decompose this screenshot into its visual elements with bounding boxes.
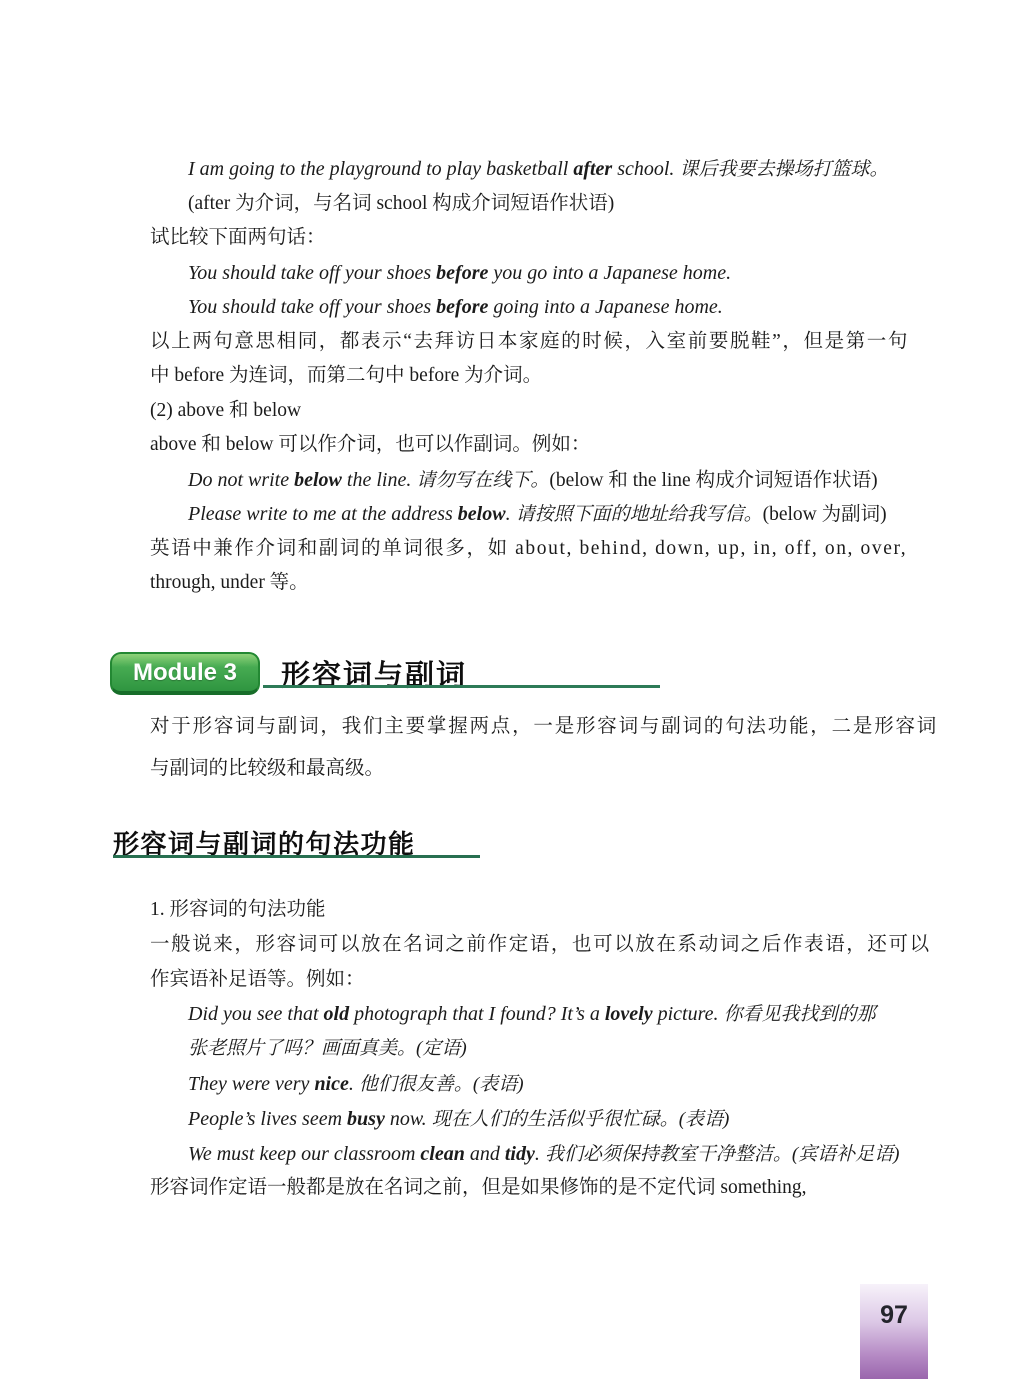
text-line: through, under 等。 (150, 566, 960, 601)
textbook-page: I am going to the playground to play bas… (0, 0, 1024, 1400)
english-example-text: People’s lives seem (188, 1108, 347, 1130)
english-example-text: . (535, 1143, 545, 1165)
english-example-text: below (458, 503, 506, 525)
english-example-text: before (436, 296, 488, 318)
intro-line: 对于形容词与副词，我们主要掌握两点，一是形容词与副词的句法功能，二是形容词 (150, 706, 950, 748)
text-line: Please write to me at the address below.… (150, 497, 960, 532)
text-line: 1. 形容词的句法功能 (150, 893, 970, 928)
text-line: We must keep our classroom clean and tid… (150, 1137, 970, 1172)
chinese-text: 中 before 为连词，而第二句中 before 为介词。 (150, 365, 542, 386)
text-line: You should take off your shoes before yo… (150, 256, 960, 291)
chinese-text: 请勿写在线下。 (416, 470, 549, 491)
english-example-text: photograph that I found? It’s a (349, 1003, 605, 1025)
text-line: (after 为介词，与名词 school 构成介词短语作状语) (150, 187, 960, 222)
english-example-text: the line. (342, 469, 416, 491)
text-line: 中 before 为连词，而第二句中 before 为介词。 (150, 359, 960, 394)
english-example-text: going into a Japanese home. (488, 296, 722, 318)
english-example-text: Do not write (188, 469, 294, 491)
text-line: 作宾语补足语等。例如： (150, 963, 970, 998)
text-line: 张老照片了吗？画面真美。(定语) (150, 1032, 970, 1067)
english-example-text: They were very (188, 1073, 314, 1095)
english-example-text: below (294, 469, 342, 491)
chinese-text: 请按照下面的地址给我写信。 (516, 504, 763, 525)
chinese-text: 他们很友善。(表语) (359, 1074, 524, 1095)
text-line: They were very nice. 他们很友善。(表语) (150, 1067, 970, 1102)
english-example-text: You should take off your shoes (188, 262, 436, 284)
english-example-text: lovely (605, 1003, 653, 1025)
chinese-text: above 和 below 可以作介词，也可以作副词。例如： (150, 434, 590, 455)
page-number-box: 97 (860, 1284, 928, 1379)
chinese-text: 你看见我找到的那 (724, 1004, 876, 1025)
english-example-text: Did you see that (188, 1003, 324, 1025)
text-line: 试比较下面两句话： (150, 221, 960, 256)
text-line: 以上两句意思相同，都表示“去拜访日本家庭的时候，入室前要脱鞋”，但是第一句 (150, 325, 960, 360)
module-intro-paragraph: 对于形容词与副词，我们主要掌握两点，一是形容词与副词的句法功能，二是形容词 与副… (150, 706, 950, 790)
adjective-syntax-section-text: 1. 形容词的句法功能一般说来，形容词可以放在名词之前作定语，也可以放在系动词之… (150, 893, 970, 1206)
text-line: 形容词作定语一般都是放在名词之前，但是如果修饰的是不定代词 something, (150, 1171, 970, 1206)
section-header-underline (113, 855, 480, 858)
english-example-text: I am going to the playground to play bas… (188, 158, 573, 180)
chinese-text: 英语中兼作介词和副词的单词很多，如 about, behind, down, u… (150, 538, 907, 559)
chinese-text: 试比较下面两句话： (150, 227, 326, 248)
english-example-text: We must keep our classroom (188, 1143, 420, 1165)
text-line: Do not write below the line. 请勿写在线下。(bel… (150, 463, 960, 498)
english-example-text: picture. (653, 1003, 724, 1025)
text-line: I am going to the playground to play bas… (150, 152, 960, 187)
english-example-text: . (506, 503, 516, 525)
chinese-text: (2) above 和 below (150, 400, 301, 421)
module-title-underline (263, 685, 660, 688)
text-line: Did you see that old photograph that I f… (150, 997, 970, 1032)
english-example-text: old (324, 1003, 350, 1025)
chinese-text: 一般说来，形容词可以放在名词之前作定语，也可以放在系动词之后作表语，还可以 (150, 934, 931, 955)
english-example-text: busy (347, 1108, 385, 1130)
preposition-section-text: I am going to the playground to play bas… (150, 152, 960, 601)
english-example-text: . (349, 1073, 359, 1095)
english-example-text: tidy (505, 1143, 535, 1165)
text-line: People’s lives seem busy now. 现在人们的生活似乎很… (150, 1102, 970, 1137)
text-line: above 和 below 可以作介词，也可以作副词。例如： (150, 428, 960, 463)
page-number: 97 (880, 1301, 908, 1329)
english-example-text: clean (420, 1143, 464, 1165)
text-line: You should take off your shoes before go… (150, 290, 960, 325)
english-example-text: and (465, 1143, 505, 1165)
text-line: (2) above 和 below (150, 394, 960, 429)
chinese-text: (after 为介词，与名词 school 构成介词短语作状语) (188, 193, 614, 214)
module-badge-label: Module 3 (133, 659, 237, 686)
english-example-text: school. (612, 158, 679, 180)
chinese-text: (below 为副词) (763, 504, 887, 525)
english-example-text: after (573, 158, 612, 180)
chinese-text: 课后我要去操场打篮球。 (679, 159, 888, 180)
chinese-text: (below 和 the line 构成介词短语作状语) (549, 470, 877, 491)
chinese-text: 现在人们的生活似乎很忙碌。(表语) (432, 1109, 730, 1130)
english-example-text: now. (385, 1108, 432, 1130)
chinese-text: 作宾语补足语等。例如： (150, 969, 365, 990)
english-example-text: You should take off your shoes (188, 296, 436, 318)
chinese-text: 以上两句意思相同，都表示“去拜访日本家庭的时候，入室前要脱鞋”，但是第一句 (150, 331, 909, 352)
chinese-text: through, under 等。 (150, 572, 309, 593)
english-example-text: you go into a Japanese home. (488, 262, 731, 284)
english-example-text: Please write to me at the address (188, 503, 458, 525)
chinese-text: 我们必须保持教室干净整洁。(宾语补足语) (545, 1144, 900, 1165)
english-example-text: nice (314, 1073, 348, 1095)
chinese-text: 形容词作定语一般都是放在名词之前，但是如果修饰的是不定代词 something, (150, 1177, 807, 1198)
intro-line: 与副词的比较级和最高级。 (150, 748, 950, 790)
english-example-text: before (436, 262, 488, 284)
text-line: 一般说来，形容词可以放在名词之前作定语，也可以放在系动词之后作表语，还可以 (150, 928, 970, 963)
chinese-text: 张老照片了吗？画面真美。(定语) (188, 1038, 467, 1059)
chinese-text: 1. 形容词的句法功能 (150, 899, 326, 920)
text-line: 英语中兼作介词和副词的单词很多，如 about, behind, down, u… (150, 532, 960, 567)
module-3-badge: Module 3 (110, 652, 260, 695)
